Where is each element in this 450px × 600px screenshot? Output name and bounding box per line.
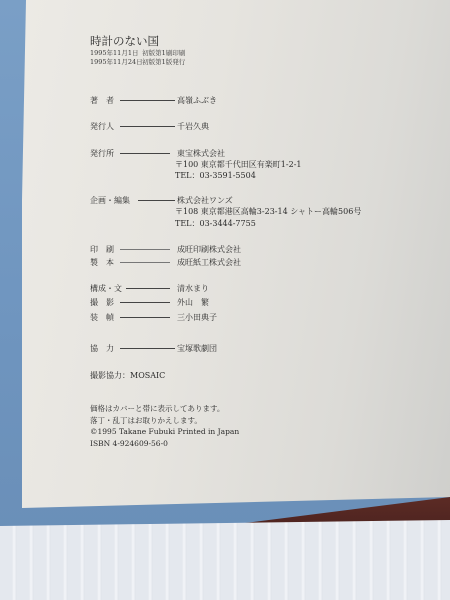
colophon-notes: 価格はカバーと帯に表示してあります。 落丁・乱丁はお取りかえします。 ©1995… <box>90 403 239 449</box>
edition-info: 1995年11月1日 初版第1刷印刷 1995年11月24日 初版第1版発行 <box>90 49 185 67</box>
credit-book-design: 装 幀 三小田典子 <box>90 312 217 323</box>
edition-line: 1995年11月24日 初版第1版発行 <box>90 58 185 67</box>
leader-line <box>120 317 170 318</box>
credit-composition-text: 構成・文 清水まり <box>90 283 209 294</box>
leader-line <box>138 200 175 201</box>
editor-address: 〒108 東京都港区高輪3-23-14 シャトー高輪506号 <box>175 206 361 217</box>
credit-photography: 撮 影 外山 繁 <box>90 297 209 308</box>
leader-line <box>126 288 170 289</box>
credit-binding: 製 本 成旺紙工株式会社 <box>90 257 241 268</box>
replacement-note: 落丁・乱丁はお取りかえします。 <box>90 415 239 427</box>
leader-line <box>120 249 170 250</box>
credit-printing: 印 刷 成旺印刷株式会社 <box>90 244 241 255</box>
photo-scene: 時計のない国 1995年11月1日 初版第1刷印刷 1995年11月24日 初版… <box>0 0 450 600</box>
plastic-sleeve <box>0 520 450 600</box>
isbn: ISBN 4-924609-56-0 <box>90 438 239 450</box>
credit-planning-editing: 企画・編集 株式会社ワンズ <box>90 195 233 206</box>
photo-cooperation: 撮影協力：MOSAIC <box>90 370 165 381</box>
book-title: 時計のない国 <box>90 33 159 49</box>
editor-phone: TEL：03-3444-7755 <box>175 218 256 229</box>
credit-publisher: 発行人 千岩久典 <box>90 121 209 132</box>
copyright-line: ©1995 Takane Fubuki Printed in Japan <box>90 426 239 438</box>
credit-author: 著 者 高嶺ふぶき <box>90 95 217 106</box>
leader-line <box>120 100 175 101</box>
publisher-address: 〒100 東京都千代田区有楽町1-2-1 <box>175 159 302 170</box>
credit-cooperation: 協 力 宝塚歌劇団 <box>90 343 217 354</box>
price-note: 価格はカバーと帯に表示してあります。 <box>90 403 239 415</box>
leader-line <box>120 126 175 127</box>
leader-line <box>120 153 170 154</box>
credit-publishing-house: 発行所 東宝株式会社 <box>90 148 225 159</box>
leader-line <box>120 302 170 303</box>
leader-line <box>120 348 175 349</box>
leader-line <box>120 262 170 263</box>
publisher-phone: TEL：03-3591-5504 <box>175 170 256 181</box>
edition-line: 1995年11月1日 初版第1刷印刷 <box>90 49 185 58</box>
